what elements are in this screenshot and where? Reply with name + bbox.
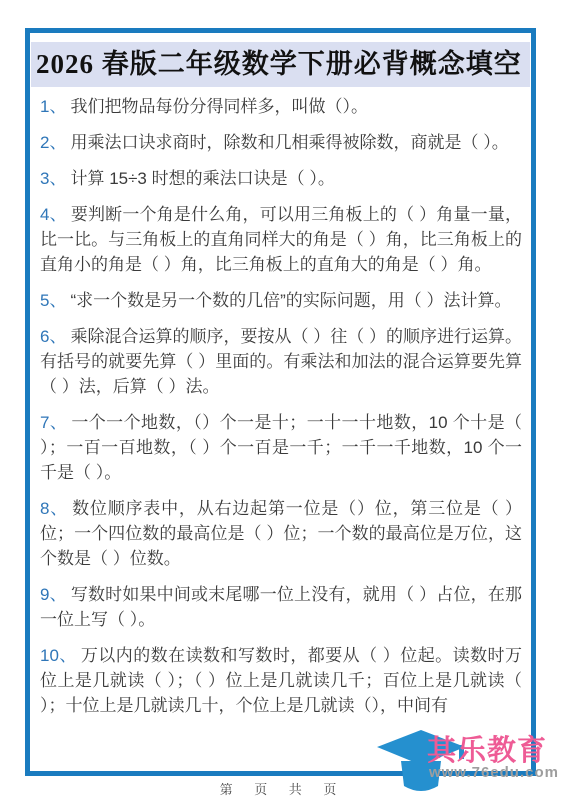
item-number: 2、: [40, 133, 66, 152]
item-number: 4、: [40, 205, 67, 224]
question-item: 1、我们把物品每份分得同样多，叫做（）。: [40, 94, 522, 119]
item-number: 6、: [40, 327, 66, 346]
item-text: 乘除混合运算的顺序，要按从（ ）往（ ）的顺序进行运算。有括号的就要先算（ ）里…: [40, 327, 522, 396]
item-text: 计算 15÷3 时想的乘法口诀是（ ）。: [70, 169, 334, 188]
question-item: 5、“求一个数是另一个数的几倍”的实际问题，用（ ）法计算。: [40, 288, 522, 313]
question-item: 10、万以内的数在读数和写数时，都要从（ ）位起。读数时万位上是几就读（ ）；（…: [40, 643, 522, 718]
item-text: 我们把物品每份分得同样多，叫做（）。: [70, 97, 368, 116]
brand-logo: 其乐教育 www.76edu.com: [379, 724, 547, 798]
item-number: 5、: [40, 291, 66, 310]
item-number: 3、: [40, 169, 66, 188]
brand-url: www.76edu.com: [429, 764, 559, 781]
question-item: 8、数位顺序表中，从右边起第一位是（）位，第三位是（ ）位；一个四位数的最高位是…: [40, 496, 522, 571]
item-text: 一个一个地数，（）个一是十；一十一十地数，10 个十是（ ）；一百一百地数，（ …: [40, 413, 522, 482]
brand-name: 其乐教育: [427, 728, 547, 769]
item-number: 9、: [40, 585, 67, 604]
item-text: 用乘法口诀求商时，除数和几相乘得被除数，商就是（ ）。: [70, 133, 508, 152]
page-frame: 2026 春版二年级数学下册必背概念填空 1、我们把物品每份分得同样多，叫做（）…: [25, 28, 536, 776]
item-text: 数位顺序表中，从右边起第一位是（）位，第三位是（ ）位；一个四位数的最高位是（ …: [40, 499, 522, 568]
item-text: “求一个数是另一个数的几倍”的实际问题，用（ ）法计算。: [70, 291, 511, 310]
item-text: 要判断一个角是什么角，可以用三角板上的（ ）角量一量，比一比。与三角板上的直角同…: [40, 205, 522, 274]
item-text: 万以内的数在读数和写数时，都要从（ ）位起。读数时万位上是几就读（ ）；（ ）位…: [40, 646, 522, 715]
question-item: 7、一个一个地数，（）个一是十；一十一十地数，10 个十是（ ）；一百一百地数，…: [40, 410, 522, 485]
worksheet-page: 2026 春版二年级数学下册必背概念填空 1、我们把物品每份分得同样多，叫做（）…: [0, 0, 565, 800]
question-item: 4、要判断一个角是什么角，可以用三角板上的（ ）角量一量，比一比。与三角板上的直…: [40, 202, 522, 277]
question-item: 6、乘除混合运算的顺序，要按从（ ）往（ ）的顺序进行运算。有括号的就要先算（ …: [40, 324, 522, 399]
question-item: 3、计算 15÷3 时想的乘法口诀是（ ）。: [40, 166, 522, 191]
item-number: 1、: [40, 97, 66, 116]
page-title: 2026 春版二年级数学下册必背概念填空: [31, 42, 530, 87]
question-item: 9、写数时如果中间或末尾哪一位上没有，就用（ ）占位，在那一位上写（ ）。: [40, 582, 522, 632]
question-list: 1、我们把物品每份分得同样多，叫做（）。 2、用乘法口诀求商时，除数和几相乘得被…: [30, 94, 531, 718]
item-text: 写数时如果中间或末尾哪一位上没有，就用（ ）占位，在那一位上写（ ）。: [40, 585, 522, 629]
item-number: 7、: [40, 413, 67, 432]
question-item: 2、用乘法口诀求商时，除数和几相乘得被除数，商就是（ ）。: [40, 130, 522, 155]
item-number: 10、: [40, 646, 77, 665]
item-number: 8、: [40, 499, 68, 518]
